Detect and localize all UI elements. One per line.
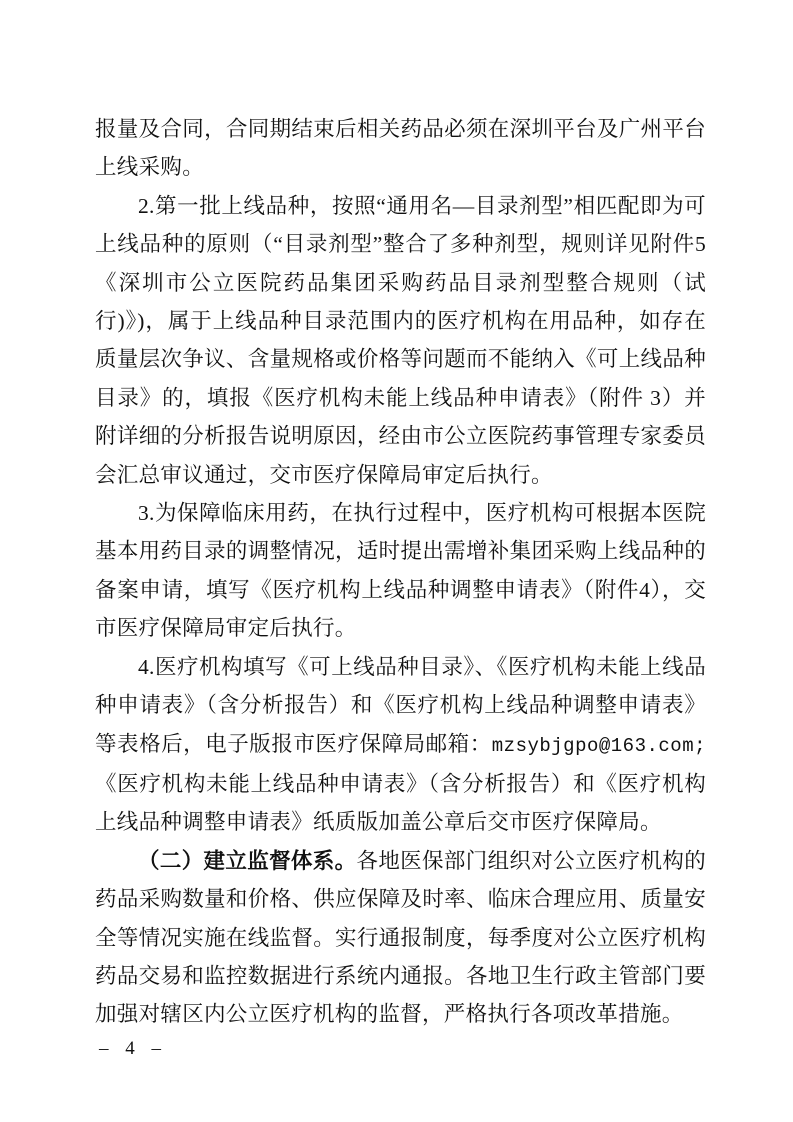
paragraph-item-2: 2.第一批上线品种，按照“通用名—目录剂型”相匹配即为可上线品种的原则（“目录剂… <box>95 187 706 494</box>
paragraph-section-2: （二）建立监督体系。各地医保部门组织对公立医疗机构的药品采购数量和价格、供应保障… <box>95 842 706 1034</box>
document-page: 报量及合同，合同期结束后相关药品必须在深圳平台及广州平台上线采购。 2.第一批上… <box>0 0 793 1122</box>
page-number: – 4 – <box>99 1038 167 1060</box>
section-heading: （二）建立监督体系。 <box>138 849 356 873</box>
paragraph-section-2-body: 各地医保部门组织对公立医疗机构的药品采购数量和价格、供应保障及时率、临床合理应用… <box>95 849 706 1027</box>
paragraph-item-4: 4.医疗机构填写《可上线品种目录》、《医疗机构未能上线品种申请表》（含分析报告）… <box>95 648 706 842</box>
paragraph-item-4-text-after-email: 《医疗机构未能上线品种申请表》（含分析报告）和《医疗机构上线品种调整申请表》纸质… <box>95 772 706 834</box>
document-body: 报量及合同，合同期结束后相关药品必须在深圳平台及广州平台上线采购。 2.第一批上… <box>95 110 706 1034</box>
email-address: mzsybjgpo@163.com; <box>492 735 706 757</box>
paragraph-item-3: 3.为保障临床用药，在执行过程中，医疗机构可根据本医院基本用药目录的调整情况，适… <box>95 494 706 648</box>
paragraph-continuation: 报量及合同，合同期结束后相关药品必须在深圳平台及广州平台上线采购。 <box>95 110 706 187</box>
